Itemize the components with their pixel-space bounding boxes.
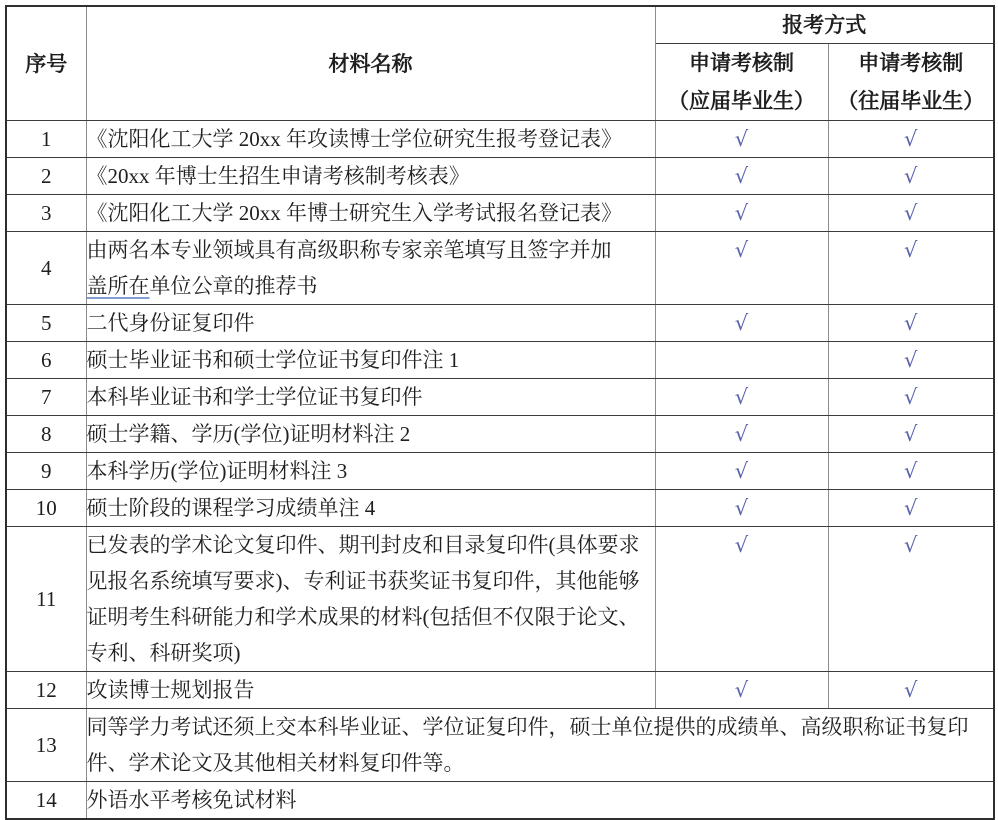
header-previous-graduates: 申请考核制 （往届毕业生） [828, 44, 994, 121]
table-row: 11已发表的学术论文复印件、期刊封皮和目录复印件(具体要求见报名系统填写要求)、… [6, 527, 994, 672]
check-mark: √ [828, 195, 994, 232]
material-text: 已发表的学术论文复印件、期刊封皮和目录复印件(具体要求见报名系统填写要求)、专利… [87, 533, 640, 665]
header-fresh-graduates-line2: （应届毕业生） [656, 82, 828, 120]
row-number: 6 [6, 342, 86, 379]
header-fresh-graduates: 申请考核制 （应届毕业生） [655, 44, 828, 121]
table-row: 8硕士学籍、学历(学位)证明材料注 2√√ [6, 416, 994, 453]
check-mark: √ [655, 453, 828, 490]
check-mark: √ [828, 342, 994, 379]
table-row: 1《沈阳化工大学 20xx 年攻读博士学位研究生报考登记表》√√ [6, 121, 994, 158]
material-text: 同等学力考试还须上交本科毕业证、学位证复印件，硕士单位提供的成绩单、高级职称证书… [87, 715, 969, 775]
row-number: 8 [6, 416, 86, 453]
table-row: 13同等学力考试还须上交本科毕业证、学位证复印件，硕士单位提供的成绩单、高级职称… [6, 709, 994, 782]
material-text: 硕士毕业证书和硕士学位证书复印件注 1 [87, 348, 460, 372]
header-previous-graduates-line2: （往届毕业生） [829, 82, 994, 120]
check-mark: √ [655, 490, 828, 527]
material-name: 《沈阳化工大学 20xx 年攻读博士学位研究生报考登记表》 [86, 121, 655, 158]
check-mark: √ [828, 232, 994, 305]
row-number: 11 [6, 527, 86, 672]
material-name: 外语水平考核免试材料 [86, 782, 994, 820]
material-text: 外语水平考核免试材料 [87, 788, 297, 812]
table-row: 5二代身份证复印件√√ [6, 305, 994, 342]
material-name: 本科毕业证书和学士学位证书复印件 [86, 379, 655, 416]
check-mark: √ [655, 527, 828, 672]
row-number: 2 [6, 158, 86, 195]
row-number: 10 [6, 490, 86, 527]
row-number: 12 [6, 672, 86, 709]
check-mark: √ [655, 195, 828, 232]
material-text: 本科毕业证书和学士学位证书复印件 [87, 385, 423, 409]
material-name: 硕士毕业证书和硕士学位证书复印件注 1 [86, 342, 655, 379]
material-name: 同等学力考试还须上交本科毕业证、学位证复印件，硕士单位提供的成绩单、高级职称证书… [86, 709, 994, 782]
table-row: 6硕士毕业证书和硕士学位证书复印件注 1√ [6, 342, 994, 379]
check-mark: √ [655, 158, 828, 195]
table-row: 2《20xx 年博士生招生申请考核制考核表》√√ [6, 158, 994, 195]
check-mark: √ [828, 416, 994, 453]
document-page: 序号 材料名称 报考方式 申请考核制 （应届毕业生） 申请考核制 （往届毕业生）… [0, 0, 998, 811]
table-row: 3《沈阳化工大学 20xx 年博士研究生入学考试报名登记表》√√ [6, 195, 994, 232]
row-number: 13 [6, 709, 86, 782]
check-mark: √ [655, 305, 828, 342]
check-mark: √ [828, 379, 994, 416]
material-text: 由两名本专业领域具有高级职称专家亲笔填写且签字并加 [87, 238, 612, 262]
material-text: 二代身份证复印件 [87, 311, 255, 335]
material-name: 攻读博士规划报告 [86, 672, 655, 709]
check-mark: √ [828, 305, 994, 342]
header-material-name: 材料名称 [86, 6, 655, 121]
row-number: 4 [6, 232, 86, 305]
check-mark: √ [828, 527, 994, 672]
header-application-method: 报考方式 [655, 6, 994, 44]
check-empty [655, 342, 828, 379]
row-number: 14 [6, 782, 86, 820]
material-text: 攻读博士规划报告 [87, 678, 255, 702]
row-number: 3 [6, 195, 86, 232]
material-text: 单位公章的推荐书 [150, 274, 318, 298]
underlined-text: 盖所在 [87, 274, 150, 298]
check-mark: √ [828, 158, 994, 195]
material-text: 硕士阶段的课程学习成绩单注 4 [87, 496, 376, 520]
header-previous-graduates-line1: 申请考核制 [829, 44, 994, 82]
check-mark: √ [828, 453, 994, 490]
material-text: 《沈阳化工大学 20xx 年博士研究生入学考试报名登记表》 [87, 201, 623, 225]
material-text: 《20xx 年博士生招生申请考核制考核表》 [87, 164, 470, 188]
check-mark: √ [655, 232, 828, 305]
table-header: 序号 材料名称 报考方式 申请考核制 （应届毕业生） 申请考核制 （往届毕业生） [6, 6, 994, 121]
material-name: 《沈阳化工大学 20xx 年博士研究生入学考试报名登记表》 [86, 195, 655, 232]
material-name: 二代身份证复印件 [86, 305, 655, 342]
material-name: 本科学历(学位)证明材料注 3 [86, 453, 655, 490]
table-body: 1《沈阳化工大学 20xx 年攻读博士学位研究生报考登记表》√√2《20xx 年… [6, 121, 994, 820]
table-row: 14外语水平考核免试材料 [6, 782, 994, 820]
material-name: 《20xx 年博士生招生申请考核制考核表》 [86, 158, 655, 195]
material-name: 已发表的学术论文复印件、期刊封皮和目录复印件(具体要求见报名系统填写要求)、专利… [86, 527, 655, 672]
row-number: 1 [6, 121, 86, 158]
check-mark: √ [655, 416, 828, 453]
row-number: 5 [6, 305, 86, 342]
material-name: 硕士学籍、学历(学位)证明材料注 2 [86, 416, 655, 453]
check-mark: √ [655, 379, 828, 416]
material-text: 硕士学籍、学历(学位)证明材料注 2 [87, 422, 411, 446]
row-number: 7 [6, 379, 86, 416]
check-mark: √ [828, 121, 994, 158]
material-text: 本科学历(学位)证明材料注 3 [87, 459, 348, 483]
check-mark: √ [828, 672, 994, 709]
table-row: 4由两名本专业领域具有高级职称专家亲笔填写且签字并加盖所在单位公章的推荐书√√ [6, 232, 994, 305]
header-fresh-graduates-line1: 申请考核制 [656, 44, 828, 82]
row-number: 9 [6, 453, 86, 490]
table-row: 9本科学历(学位)证明材料注 3√√ [6, 453, 994, 490]
table-row: 10硕士阶段的课程学习成绩单注 4√√ [6, 490, 994, 527]
header-serial-number: 序号 [6, 6, 86, 121]
material-name: 由两名本专业领域具有高级职称专家亲笔填写且签字并加盖所在单位公章的推荐书 [86, 232, 655, 305]
table-row: 7本科毕业证书和学士学位证书复印件√√ [6, 379, 994, 416]
table-row: 12攻读博士规划报告√√ [6, 672, 994, 709]
materials-table: 序号 材料名称 报考方式 申请考核制 （应届毕业生） 申请考核制 （往届毕业生）… [5, 5, 995, 820]
check-mark: √ [828, 490, 994, 527]
material-text: 《沈阳化工大学 20xx 年攻读博士学位研究生报考登记表》 [87, 127, 623, 151]
check-mark: √ [655, 121, 828, 158]
check-mark: √ [655, 672, 828, 709]
material-name: 硕士阶段的课程学习成绩单注 4 [86, 490, 655, 527]
